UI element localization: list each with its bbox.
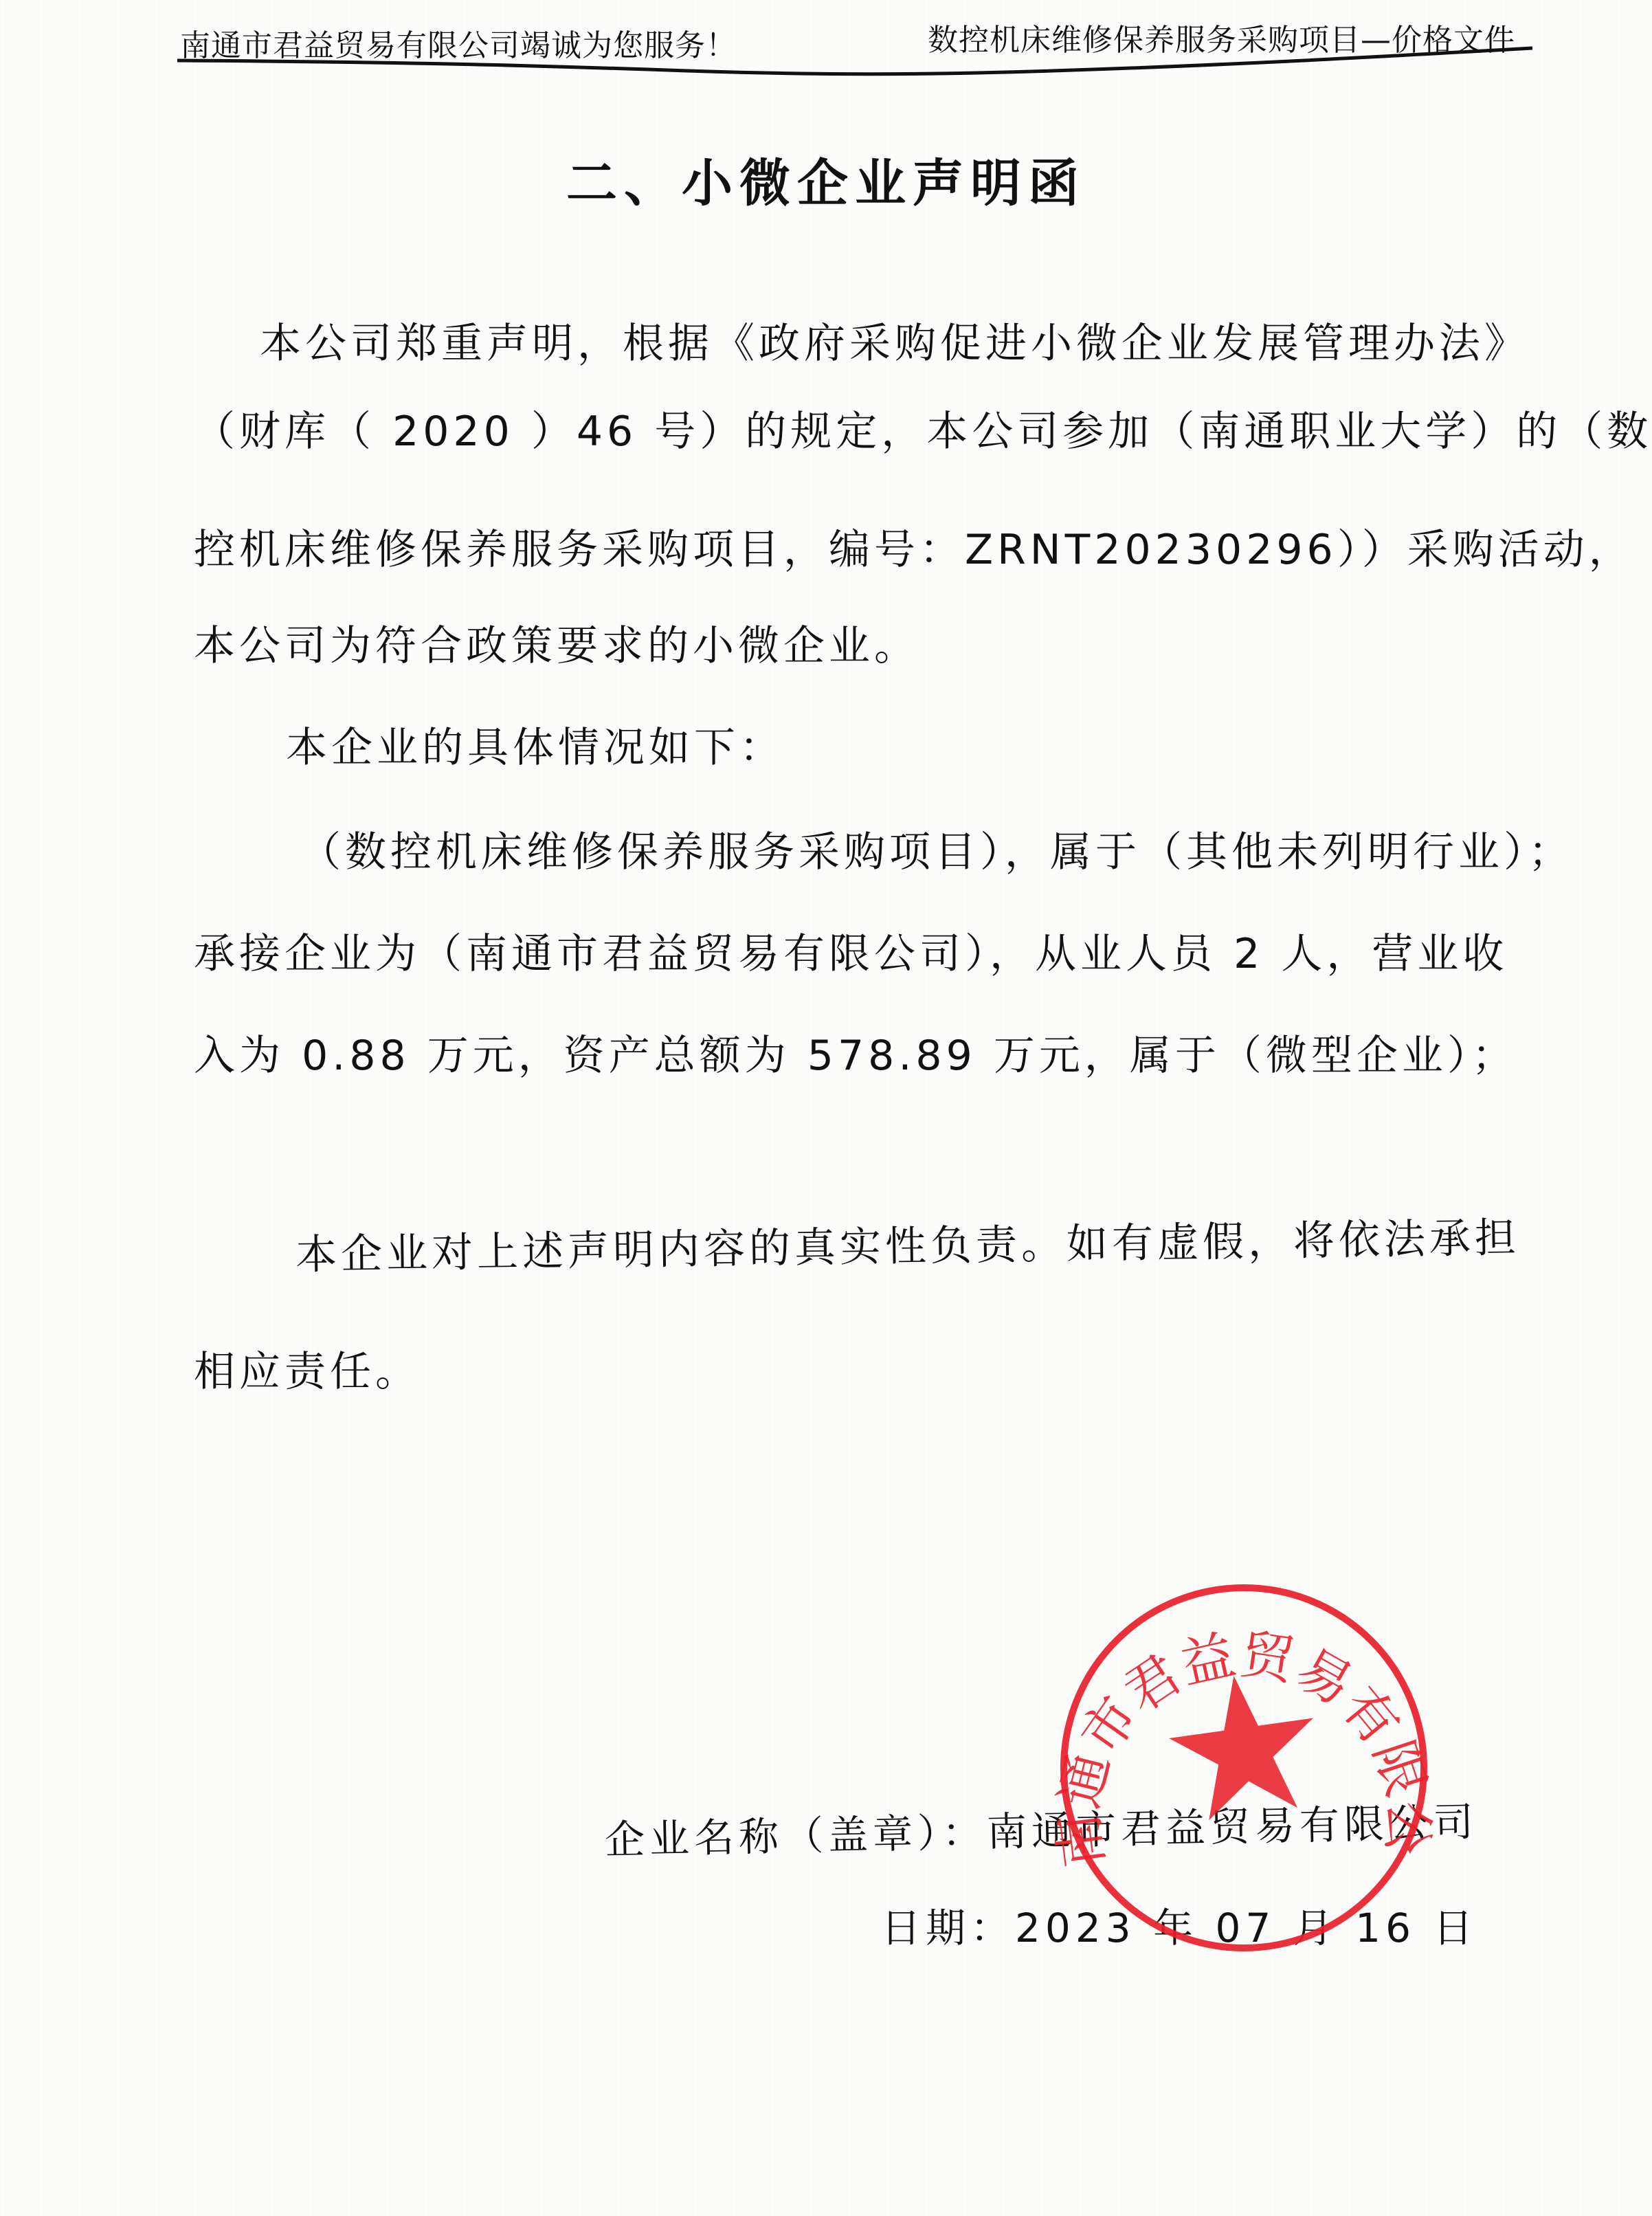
paragraph-3-line-1: （数控机床维修保养服务采购项目），属于（其他未列明行业）； bbox=[300, 819, 1574, 878]
date-label: 日期： bbox=[881, 1905, 1015, 1951]
company-name-value: 南通市君益贸易有限公司 bbox=[986, 1798, 1478, 1855]
paragraph-1-line-2: （财库（ 2020 ）46 号）的规定，本公司参加（南通职业大学）的（数 bbox=[194, 399, 1652, 458]
paragraph-2-line-1: 本企业的具体情况如下： bbox=[286, 715, 785, 774]
paragraph-1-line-1: 本公司郑重声明，根据《政府采购促进小微企业发展管理办法》 bbox=[260, 311, 1530, 370]
paragraph-4-line-2: 相应责任。 bbox=[194, 1339, 421, 1398]
paragraph-1-line-3: 控机床维修保养服务采购项目，编号：ZRNT20230296））采购活动， bbox=[194, 517, 1634, 576]
signature-company-row: 企业名称（盖章）：南通市君益贸易有限公司 bbox=[604, 1789, 1479, 1865]
company-name-label: 企业名称（盖章）： bbox=[604, 1808, 987, 1863]
paragraph-3-line-2: 承接企业为（南通市君益贸易有限公司），从业人员 2 人，营业收 bbox=[194, 921, 1508, 980]
signature-date-row: 日期：2023 年 07 月 16 日 bbox=[881, 1896, 1477, 1953]
paragraph-4-line-1: 本企业对上述声明内容的真实性负责。如有虚假，将依法承担 bbox=[295, 1205, 1520, 1281]
paragraph-3-line-3: 入为 0.88 万元，资产总额为 578.89 万元，属于（微型企业）； bbox=[194, 1023, 1517, 1082]
header-company-slogan: 南通市君益贸易有限公司竭诚为您服务！ bbox=[180, 21, 737, 65]
page-title: 二、小微企业声明函 bbox=[0, 143, 1652, 216]
date-value: 2023 年 07 月 16 日 bbox=[1015, 1905, 1477, 1951]
header-document-title: 数控机床维修保养服务采购项目—价格文件 bbox=[928, 15, 1515, 59]
scanned-page: 南通市君益贸易有限公司竭诚为您服务！ 数控机床维修保养服务采购项目—价格文件 二… bbox=[0, 0, 1652, 2216]
paragraph-1-line-4: 本公司为符合政策要求的小微企业。 bbox=[194, 613, 919, 672]
